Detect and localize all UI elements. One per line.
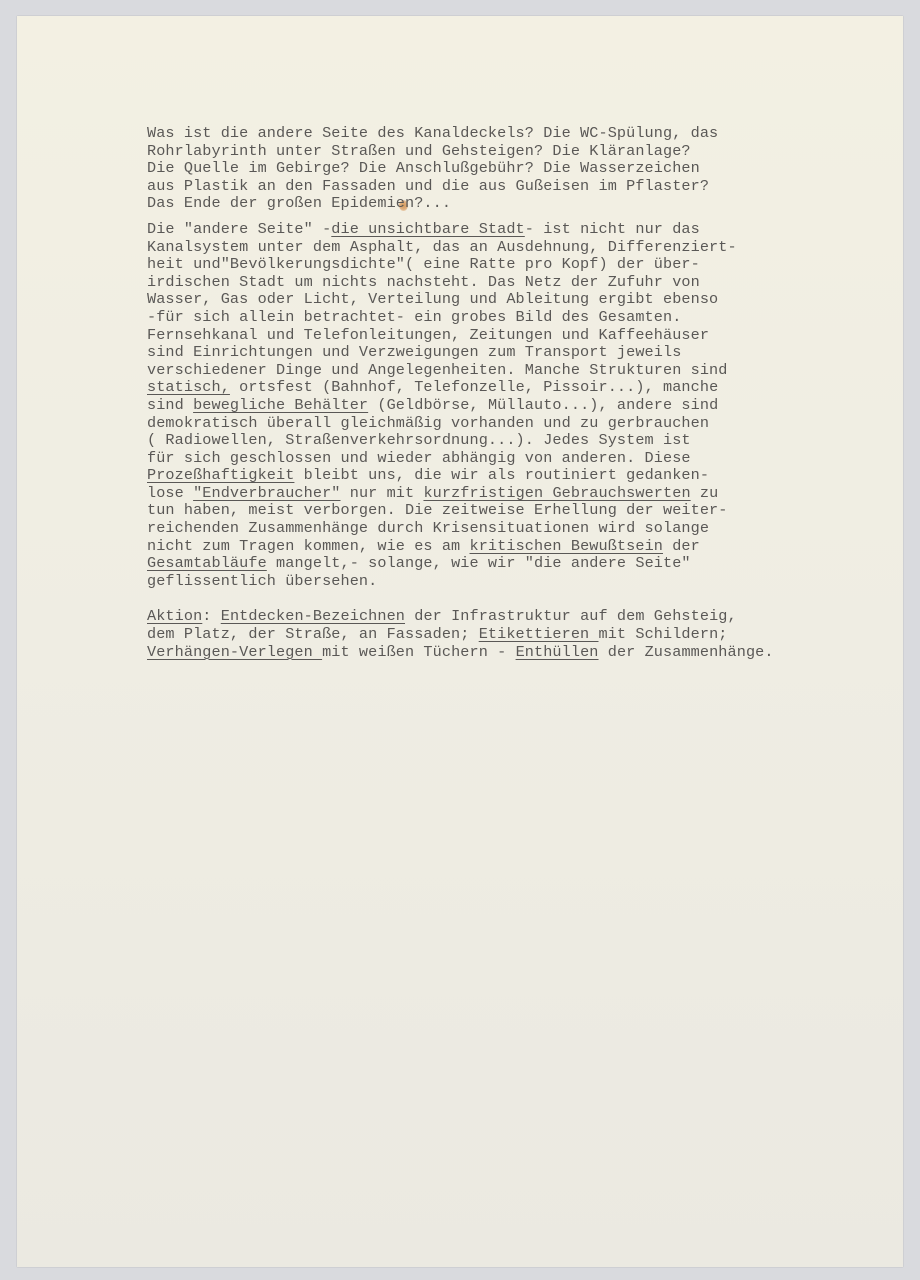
text-segment: aus Plastik an den Fassaden und die aus … [147, 177, 709, 195]
text-line: Verhängen-Verlegen mit weißen Tüchern - … [147, 644, 907, 662]
text-line: heit und"Bevölkerungsdichte"( eine Ratte… [147, 256, 907, 274]
text-line: aus Plastik an den Fassaden und die aus … [147, 178, 907, 196]
text-line: geflissentlich übersehen. [147, 573, 907, 591]
text-segment: mit Schildern; [599, 625, 728, 643]
text-segment: Die "andere Seite" - [147, 220, 331, 238]
text-line: Rohrlabyrinth unter Straßen und Gehsteig… [147, 143, 907, 161]
paragraph-2: Die "andere Seite" -die unsichtbare Stad… [147, 221, 907, 590]
text-segment: tun haben, meist verborgen. Die zeitweis… [147, 501, 727, 519]
text-segment: irdischen Stadt um nichts nachsteht. Das… [147, 273, 700, 291]
underlined-phrase: Entdecken-Bezeichnen [221, 607, 405, 625]
text-line: Wasser, Gas oder Licht, Verteilung und A… [147, 291, 907, 309]
text-line: Die Quelle im Gebirge? Die Anschlußgebüh… [147, 160, 907, 178]
text-segment: zu [691, 484, 719, 502]
text-segment: Was ist die andere Seite des Kanaldeckel… [147, 124, 718, 142]
text-segment: nur mit [341, 484, 424, 502]
text-line: ( Radiowellen, Straßenverkehrsordnung...… [147, 432, 907, 450]
text-segment: Kanalsystem unter dem Asphalt, das an Au… [147, 238, 737, 256]
text-segment: Wasser, Gas oder Licht, Verteilung und A… [147, 290, 718, 308]
text-segment: der Zusammenhänge. [599, 643, 774, 661]
document-body: Was ist die andere Seite des Kanaldeckel… [147, 125, 907, 661]
underlined-phrase: Gesamtabläufe [147, 554, 267, 572]
text-segment: : [202, 607, 220, 625]
paragraph-3: Aktion: Entdecken-Bezeichnen der Infrast… [147, 608, 907, 661]
text-segment: verschiedener Dinge und Angelegenheiten.… [147, 361, 727, 379]
text-line: tun haben, meist verborgen. Die zeitweis… [147, 502, 907, 520]
text-line: sind bewegliche Behälter (Geldbörse, Mül… [147, 397, 907, 415]
text-segment: reichenden Zusammenhänge durch Krisensit… [147, 519, 709, 537]
underlined-phrase: Enthüllen [516, 643, 599, 661]
text-line: für sich geschlossen und wieder abhängig… [147, 450, 907, 468]
text-line: -für sich allein betrachtet- ein grobes … [147, 309, 907, 327]
underlined-phrase: bewegliche Behälter [193, 396, 368, 414]
underlined-phrase: kritischen Bewußtsein [470, 537, 664, 555]
text-segment: für sich geschlossen und wieder abhängig… [147, 449, 691, 467]
text-segment: mit weißen Tüchern - [322, 643, 516, 661]
text-segment: der Infrastruktur auf dem Gehsteig, [405, 607, 737, 625]
text-segment: -für sich allein betrachtet- ein grobes … [147, 308, 681, 326]
text-line: Die "andere Seite" -die unsichtbare Stad… [147, 221, 907, 239]
text-segment: dem Platz, der Straße, an Fassaden; [147, 625, 479, 643]
text-segment: geflissentlich übersehen. [147, 572, 377, 590]
underlined-phrase: Etikettieren [479, 625, 599, 643]
text-segment: demokratisch überall gleichmäßig vorhand… [147, 414, 709, 432]
text-segment: lose [147, 484, 193, 502]
text-segment: Das Ende der großen Epidemien?... [147, 194, 451, 212]
underlined-phrase: die unsichtbare Stadt [331, 220, 525, 238]
text-line: sind Einrichtungen und Verzweigungen zum… [147, 344, 907, 362]
underlined-phrase: Prozeßhaftigkeit [147, 466, 294, 484]
text-segment: ( Radiowellen, Straßenverkehrsordnung...… [147, 431, 691, 449]
text-segment: Die Quelle im Gebirge? Die Anschlußgebüh… [147, 159, 700, 177]
text-line: Gesamtabläufe mangelt,- solange, wie wir… [147, 555, 907, 573]
underlined-phrase: statisch, [147, 378, 230, 396]
text-line: reichenden Zusammenhänge durch Krisensit… [147, 520, 907, 538]
text-line: verschiedener Dinge und Angelegenheiten.… [147, 362, 907, 380]
paragraph-1: Was ist die andere Seite des Kanaldeckel… [147, 125, 907, 213]
text-segment: mangelt,- solange, wie wir "die andere S… [267, 554, 691, 572]
text-line: Aktion: Entdecken-Bezeichnen der Infrast… [147, 608, 907, 626]
text-line: irdischen Stadt um nichts nachsteht. Das… [147, 274, 907, 292]
text-line: dem Platz, der Straße, an Fassaden; Etik… [147, 626, 907, 644]
text-line: lose "Endverbraucher" nur mit kurzfristi… [147, 485, 907, 503]
text-segment: ortsfest (Bahnhof, Telefonzelle, Pissoir… [230, 378, 718, 396]
text-line: Prozeßhaftigkeit bleibt uns, die wir als… [147, 467, 907, 485]
text-segment: - ist nicht nur das [525, 220, 700, 238]
text-segment: heit und"Bevölkerungsdichte"( eine Ratte… [147, 255, 700, 273]
text-line: Fernsehkanal und Telefonleitungen, Zeitu… [147, 327, 907, 345]
underlined-phrase: Verhängen-Verlegen [147, 643, 322, 661]
typewritten-page: Was ist die andere Seite des Kanaldeckel… [17, 16, 903, 1267]
underlined-phrase: kurzfristigen Gebrauchswerten [423, 484, 690, 502]
underlined-phrase: Aktion [147, 607, 202, 625]
text-line: Das Ende der großen Epidemien?... [147, 195, 907, 213]
underlined-phrase: "Endverbraucher" [193, 484, 340, 502]
text-segment: der [663, 537, 700, 555]
text-segment: Rohrlabyrinth unter Straßen und Gehsteig… [147, 142, 691, 160]
text-segment: Fernsehkanal und Telefonleitungen, Zeitu… [147, 326, 709, 344]
text-line: statisch, ortsfest (Bahnhof, Telefonzell… [147, 379, 907, 397]
text-line: Was ist die andere Seite des Kanaldeckel… [147, 125, 907, 143]
text-segment: bleibt uns, die wir als routiniert gedan… [294, 466, 709, 484]
text-line: demokratisch überall gleichmäßig vorhand… [147, 415, 907, 433]
text-segment: sind Einrichtungen und Verzweigungen zum… [147, 343, 681, 361]
text-line: Kanalsystem unter dem Asphalt, das an Au… [147, 239, 907, 257]
text-segment: (Geldbörse, Müllauto...), andere sind [368, 396, 718, 414]
text-segment: nicht zum Tragen kommen, wie es am [147, 537, 470, 555]
text-segment: sind [147, 396, 193, 414]
text-line: nicht zum Tragen kommen, wie es am kriti… [147, 538, 907, 556]
